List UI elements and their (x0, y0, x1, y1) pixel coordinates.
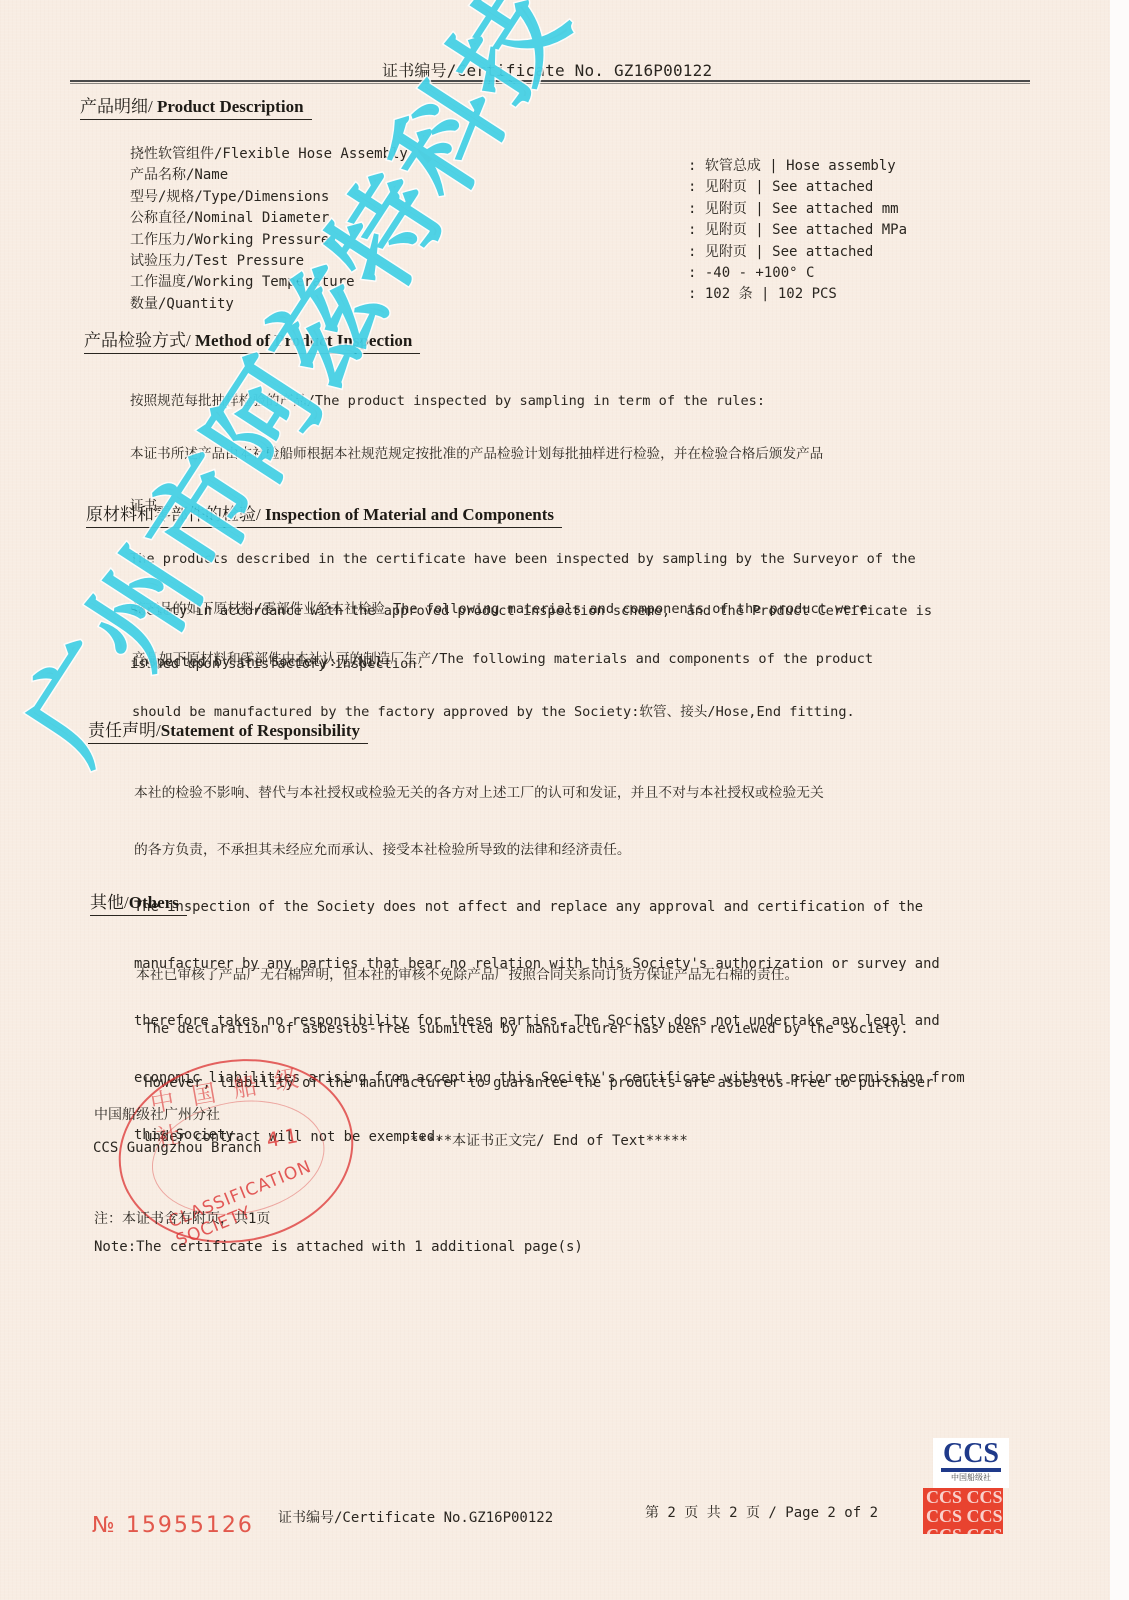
section-title-method-of-inspection: 产品检验方式/ Method of Product Inspection (84, 326, 420, 354)
value-name: : 软管总成 | Hose assembly (688, 156, 907, 177)
text-line: 产品如下原材料和零部件由本社认可的制造厂生产/The following mat… (132, 651, 873, 669)
text-line: 本社已审核了产品厂无石棉声明，但本社的审核不免除产品厂按照合同关系向订货方保证产… (136, 966, 933, 984)
value-test-pressure: : 见附页 | See attached (688, 242, 907, 263)
value-type-dimensions: : 见附页 | See attached (688, 177, 907, 198)
text-line: The declaration of asbestos-free submitt… (136, 1020, 933, 1038)
branch-name-en: CCS Guangzhou Branch (93, 1140, 262, 1156)
label-test-pressure: 试验压力/Test Pressure (130, 251, 408, 272)
branch-name-cn: 中国船级社广州分社 (94, 1104, 220, 1124)
section-title-en: Product Description (153, 97, 304, 116)
section-title-cn: 产品明细/ (80, 97, 153, 116)
section-title-en: Statement of Responsibility (161, 721, 360, 740)
header-rule-thin (70, 83, 1030, 84)
text-line: 本证书所述产品由本社验船师根据本社规范规定按批准的产品检验计划每批抽样进行检验，… (130, 446, 932, 464)
value-quantity: : 102 条 | 102 PCS (688, 284, 907, 305)
label-working-pressure: 工作压力/Working Pressure (130, 230, 408, 251)
section-title-cn: 产品检验方式/ (84, 331, 191, 350)
label-quantity: 数量/Quantity (130, 294, 408, 315)
section-title-en: Method of Product Inspection (191, 331, 413, 350)
value-nominal-diameter: : 见附页 | See attached mm (688, 199, 907, 220)
section-title-en: Inspection of Material and Components (261, 505, 554, 524)
header-certificate-number: 证书编号/Certificate No. GZ16P00122 (382, 58, 712, 81)
section-title-product-description: 产品明细/ Product Description (80, 92, 312, 120)
section-title-cn: 其他/ (90, 893, 129, 912)
page-indicator: 第 2 页 共 2 页 / Page 2 of 2 (645, 1502, 878, 1522)
ccs-logo-top: CCS 中国船级社 (933, 1438, 1009, 1488)
ccs-logo-subtitle: 中国船级社 (933, 1472, 1009, 1483)
label-nominal-diameter: 公称直径/Nominal Diameter (130, 208, 408, 229)
section-title-statement-of-responsibility: 责任声明/Statement of Responsibility (88, 716, 368, 744)
value-working-temperature: : -40 - +100° C (688, 263, 907, 284)
value-working-pressure: : 见附页 | See attached MPa (688, 220, 907, 241)
label-name: 产品名称/Name (130, 165, 408, 186)
section-title-inspection-of-material: 原材料和零部件的检验/ Inspection of Material and C… (86, 500, 562, 528)
text-line: 本社的检验不影响、替代与本社授权或检验无关的各方对上述工厂的认可和发证，并且不对… (134, 784, 965, 803)
header-rule (70, 80, 1030, 82)
note-cn: 注：本证书含有附页，共1页 (94, 1208, 270, 1228)
scan-edge (1110, 0, 1129, 1600)
section-title-cn: 责任声明/ (88, 721, 161, 740)
product-labels: 挠性软管组件/Flexible Hose Assembly 产品名称/Name … (130, 144, 408, 315)
section-title-cn: 原材料和零部件的检验/ (86, 505, 261, 524)
end-of-text: *****本证书正文完/ End of Text***** (410, 1130, 688, 1150)
label-working-temperature: 工作温度/Working Temperature (130, 272, 408, 293)
section-title-en: Others (129, 893, 179, 912)
text-line: 按照规范每批抽样检验的产品/The product inspected by s… (130, 393, 932, 411)
product-values: : 软管总成 | Hose assembly : 见附页 | See attac… (688, 156, 907, 306)
footer-certificate-number: 证书编号/Certificate No.GZ16P00122 (278, 1507, 553, 1527)
text-line: The inspection of the Society does not a… (134, 898, 965, 917)
note-en: Note:The certificate is attached with 1 … (94, 1239, 583, 1255)
label-type-dimensions: 型号/规格/Type/Dimensions (130, 187, 408, 208)
section-title-others: 其他/Others (90, 888, 187, 916)
ccs-logo-label: CCS 中国船级社 CCS CCS CCS CCS CCS CCS (923, 1438, 1009, 1538)
label-flexible-hose-assembly: 挠性软管组件/Flexible Hose Assembly (130, 144, 408, 165)
text-line: 的各方负责，不承担其未经应允而承认、接受本社检验所导致的法律和经济责任。 (134, 841, 965, 860)
ccs-logo-brand: CCS (933, 1440, 1009, 1468)
serial-number: № 15955126 (92, 1513, 254, 1538)
ccs-logo-pattern: CCS CCS CCS CCS CCS CCS (923, 1488, 1003, 1534)
